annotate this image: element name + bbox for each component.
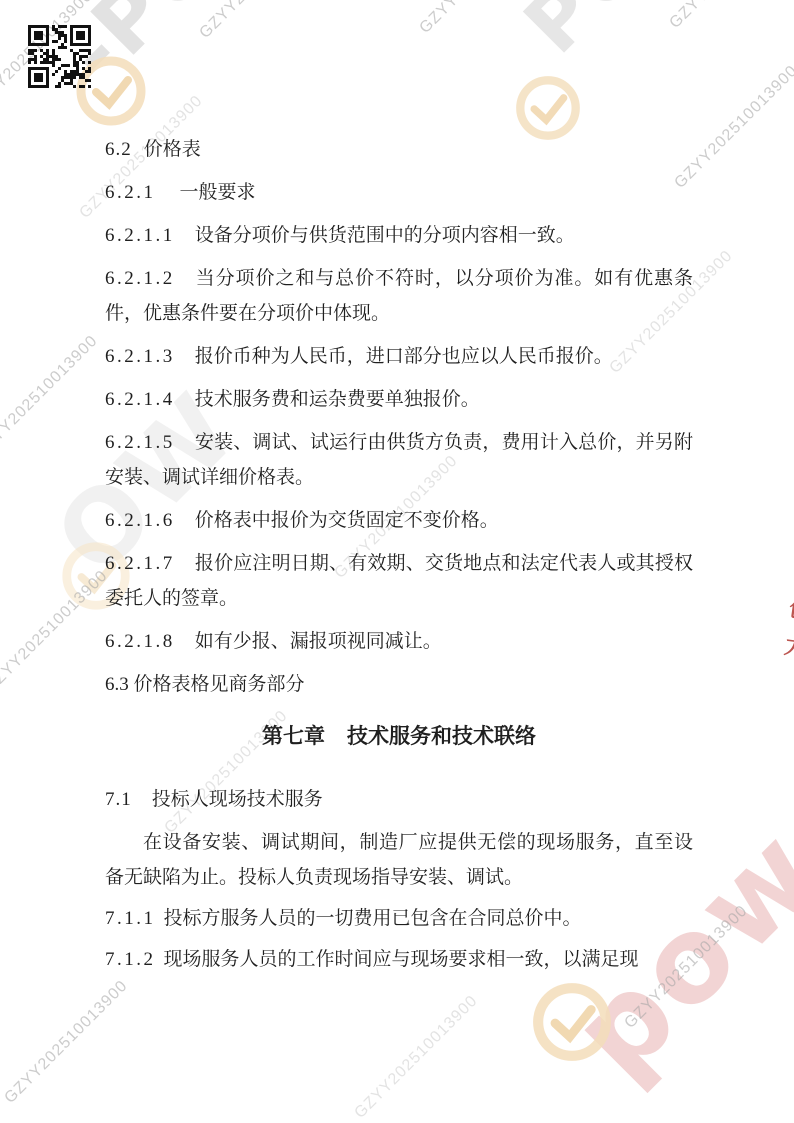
- clause-text: 报价币种为人民币，进口部分也应以人民币报价。: [195, 346, 613, 367]
- clause-number: 7.1.1: [105, 908, 156, 929]
- clause-number: 6.2.1.7: [105, 553, 175, 574]
- clause-6-2-1-3: 6.2.1.3报价币种为人民币，进口部分也应以人民币报价。: [105, 339, 693, 374]
- brand-watermark-top-right: PO: [507, 0, 667, 71]
- document-body: 6.2价格表 6.2.1一般要求 6.2.1.1设备分项价与供货范围中的分项内容…: [105, 132, 693, 983]
- qr-code: [28, 25, 91, 88]
- clause-7-1-2: 7.1.2现场服务人员的工作时间应与现场要求相一致，以满足现: [105, 942, 693, 977]
- clause-number: 7.1.2: [105, 949, 156, 970]
- clause-6-2-1-1: 6.2.1.1设备分项价与供货范围中的分项内容相一致。: [105, 218, 693, 253]
- clause-number: 6.2.1: [105, 182, 156, 203]
- clause-text: 安装、调试、试运行由供货方负责，费用计入总价，并另附安装、调试详细价格表。: [105, 432, 693, 488]
- chapter-name: 技术服务和技术联络: [347, 724, 536, 748]
- watermark-text: GZYY202510013900: [196, 0, 343, 43]
- watermark-text: GZYY202510013900: [416, 0, 563, 38]
- clause-number: 6.2.1.2: [105, 268, 175, 289]
- clause-text: 技术服务费和运杂费要单独报价。: [195, 389, 480, 410]
- watermark-text: GZYY202510013900: [351, 975, 498, 1122]
- clause-number: 6.2.1.3: [105, 346, 175, 367]
- clause-number: 6.2.1.4: [105, 389, 175, 410]
- section-number: 6.2: [105, 139, 132, 160]
- section-title: 价格表: [144, 139, 201, 160]
- clause-number: 6.2.1.5: [105, 432, 175, 453]
- section-number: 7.1: [105, 789, 132, 810]
- clause-6-2-1-4: 6.2.1.4技术服务费和运杂费要单独报价。: [105, 382, 693, 417]
- clause-text: 当分项价之和与总价不符时，以分项价为准。如有优惠条件，优惠条件要在分项价中体现。: [105, 268, 693, 324]
- subsection-6-2-1: 6.2.1一般要求: [105, 175, 693, 210]
- section-title: 投标人现场技术服务: [152, 789, 323, 810]
- clause-text: 一般要求: [180, 182, 256, 203]
- clause-text: 报价应注明日期、有效期、交货地点和法定代表人或其授权委托人的签章。: [105, 553, 693, 609]
- paragraph-7-1: 在设备安装、调试期间，制造厂应提供无偿的现场服务，直至设备无缺陷为止。投标人负责…: [105, 825, 693, 895]
- clause-number: 6.2.1.8: [105, 631, 175, 652]
- chapter-title: 第七章技术服务和技术联络: [105, 718, 693, 754]
- clause-6-2-1-6: 6.2.1.6价格表中报价为交货固定不变价格。: [105, 503, 693, 538]
- clause-6-2-1-5: 6.2.1.5安装、调试、试运行由供货方负责，费用计入总价，并另附安装、调试详细…: [105, 425, 693, 495]
- watermark-text: GZYY202510013900: [0, 315, 119, 462]
- clause-text: 价格表中报价为交货固定不变价格。: [195, 510, 499, 531]
- clause-number: 6.2.1.1: [105, 225, 175, 246]
- clause-number: 6.2.1.6: [105, 510, 175, 531]
- clause-text: 现场服务人员的工作时间应与现场要求相一致，以满足现: [164, 949, 639, 970]
- red-seal-fragment: 创力: [774, 595, 794, 673]
- clause-text: 设备分项价与供货范围中的分项内容相一致。: [195, 225, 575, 246]
- clause-text: 投标方服务人员的一切费用已包含在合同总价中。: [164, 908, 582, 929]
- clause-7-1-1: 7.1.1投标方服务人员的一切费用已包含在合同总价中。: [105, 901, 693, 936]
- section-heading-6-3: 6.3 价格表格见商务部分: [105, 667, 693, 702]
- clause-text: 如有少报、漏报项视同减让。: [195, 631, 442, 652]
- watermark-text: GZYY202510013900: [666, 0, 794, 33]
- clause-6-2-1-2: 6.2.1.2当分项价之和与总价不符时，以分项价为准。如有优惠条件，优惠条件要在…: [105, 261, 693, 331]
- chapter-label: 第七章: [262, 724, 325, 748]
- clause-6-2-1-7: 6.2.1.7报价应注明日期、有效期、交货地点和法定代表人或其授权委托人的签章。: [105, 546, 693, 616]
- clause-6-2-1-8: 6.2.1.8如有少报、漏报项视同减让。: [105, 624, 693, 659]
- section-heading-7-1: 7.1投标人现场技术服务: [105, 782, 693, 817]
- section-heading-6-2: 6.2价格表: [105, 132, 693, 167]
- brand-circle-logo-icon: [528, 978, 616, 1066]
- document-page: { "watermark": { "text": "GZYY2025100139…: [0, 0, 794, 1123]
